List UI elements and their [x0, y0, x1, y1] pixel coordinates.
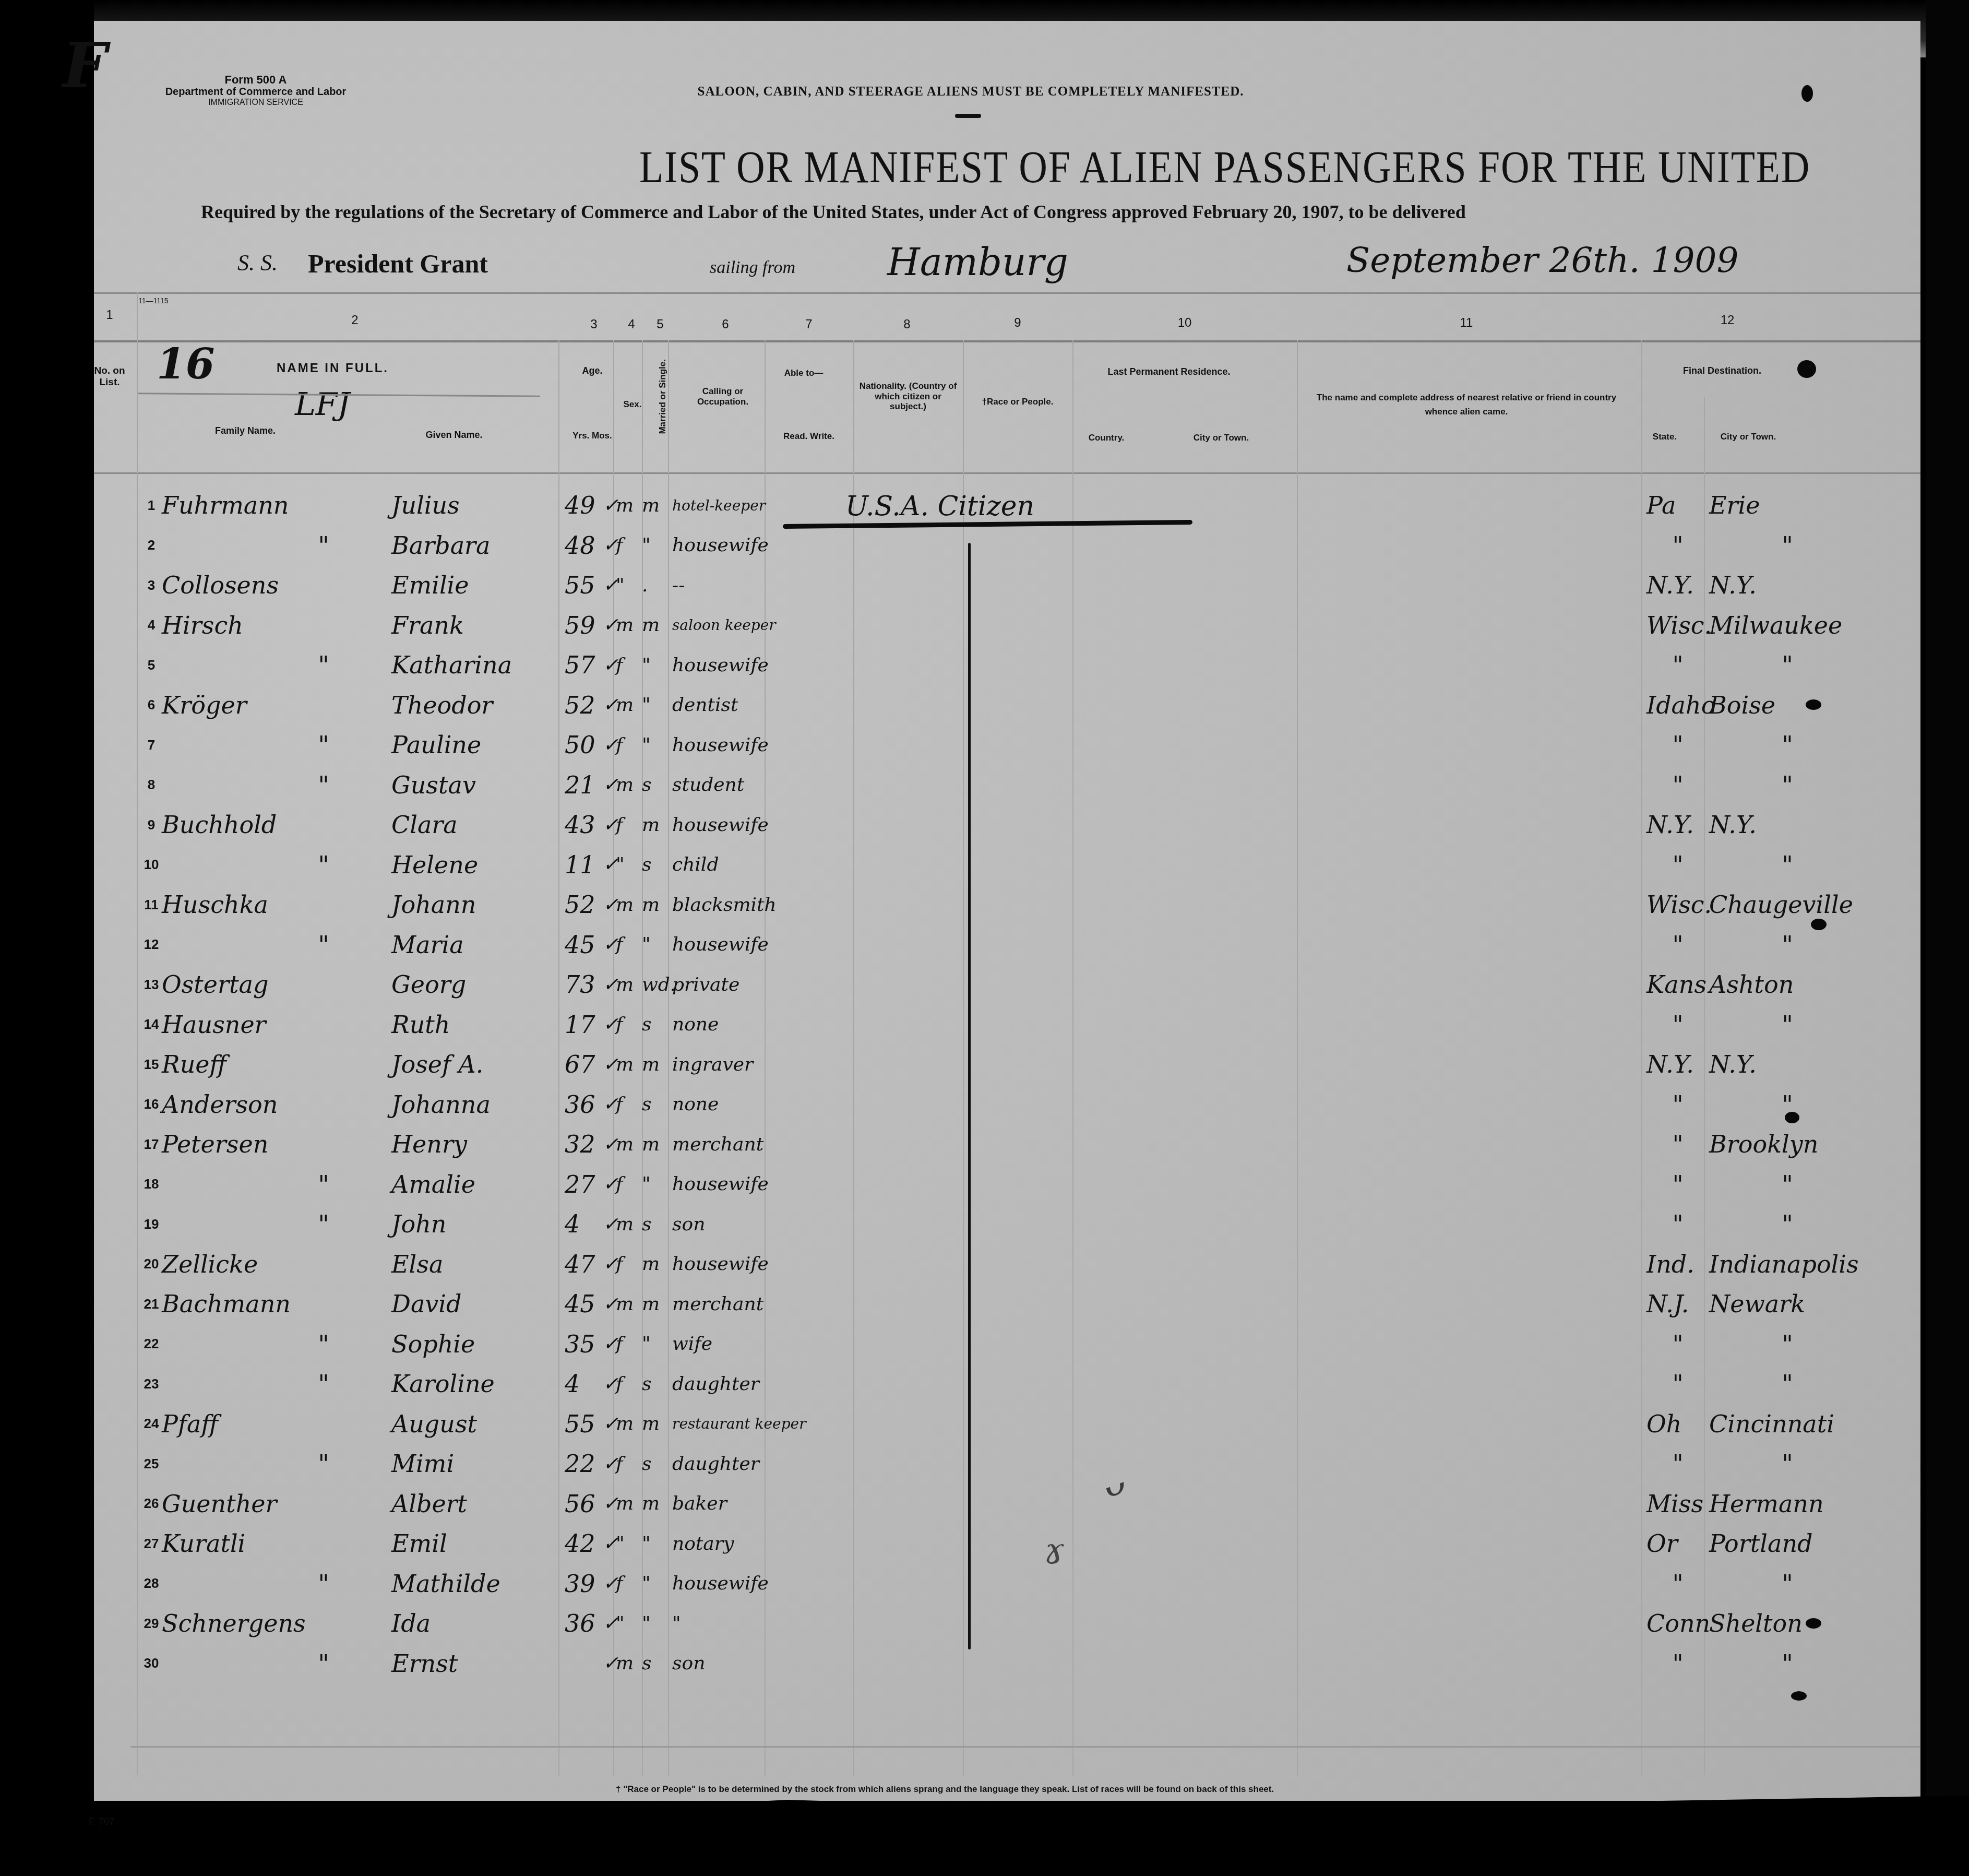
given-name: Josef A.: [391, 1044, 558, 1084]
col-num-12: 12: [1717, 313, 1738, 328]
heading-race: †Race or People.: [973, 397, 1062, 407]
given-name: Emilie: [391, 565, 558, 605]
page-title: LIST OR MANIFEST OF ALIEN PASSENGERS FOR…: [639, 141, 1654, 193]
check-mark-icon: ✓: [603, 565, 618, 605]
manifest-notice: SALOON, CABIN, AND STEERAGE ALIENS MUST …: [553, 85, 1388, 99]
destination-state: Miss: [1646, 1484, 1709, 1524]
check-mark-icon: ✓: [603, 645, 618, 685]
destination-state: ": [1646, 1564, 1709, 1604]
destination-state: ": [1646, 1124, 1709, 1164]
heading-name-in-full: NAME IN FULL.: [277, 361, 389, 376]
header-rule-bottom: [94, 472, 1920, 474]
marital-status: .: [642, 565, 673, 605]
destination-state: Idaho: [1646, 685, 1709, 725]
header-rule-top: [94, 292, 1920, 294]
check-mark-icon: ✓: [603, 1005, 618, 1044]
marital-status: s: [642, 765, 673, 805]
form-number: Form 500 A: [157, 73, 355, 86]
destination-city: Indianapolis: [1709, 1244, 1866, 1284]
marital-status: s: [642, 1364, 673, 1404]
marital-status: s: [642, 1444, 673, 1483]
table-row: 15RueffJosef A.67mmingraverN.Y.N.Y.✓: [94, 1044, 1920, 1084]
occupation: dentist: [672, 685, 792, 725]
sex: f: [616, 1085, 642, 1124]
marital-status: m: [642, 805, 673, 845]
given-name: Elsa: [391, 1244, 558, 1284]
check-mark-icon: ✓: [603, 605, 618, 645]
destination-state: Ind.: [1646, 1244, 1709, 1284]
check-mark-icon: ✓: [603, 1644, 618, 1683]
ship-name: President Grant: [308, 248, 488, 279]
destination-city: Portland: [1709, 1524, 1866, 1563]
destination-city: ": [1709, 1324, 1866, 1364]
destination-city: ": [1709, 1564, 1866, 1604]
given-name: Pauline: [391, 725, 558, 765]
marital-status: ": [642, 1604, 673, 1643]
heading-given-name: Given Name.: [412, 430, 496, 441]
sex: m: [616, 1404, 642, 1444]
print-code: 11—1115: [138, 296, 169, 305]
age: 32: [565, 1124, 606, 1164]
destination-state: N.Y.: [1646, 805, 1709, 845]
check-mark-icon: ✓: [603, 1204, 618, 1244]
age: 47: [565, 1244, 606, 1284]
destination-state: ": [1646, 526, 1709, 565]
check-mark-icon: ✓: [603, 765, 618, 805]
footer-code: F. 707: [89, 1816, 114, 1827]
occupation: housewife: [672, 725, 792, 765]
table-row: 29SchnergensIda36"""ConnShelton✓: [94, 1604, 1920, 1643]
given-name: Theodor: [391, 685, 558, 725]
sex: f: [616, 1444, 642, 1483]
occupation: son: [672, 1644, 792, 1683]
occupation: hotel-keeper: [672, 485, 792, 525]
occupation: housewife: [672, 925, 792, 965]
sex: f: [616, 1564, 642, 1604]
destination-city: ": [1709, 1005, 1866, 1044]
ink-blot: [1797, 360, 1816, 378]
sex: f: [616, 1324, 642, 1364]
marital-status: m: [642, 1244, 673, 1284]
destination-city: Milwaukee: [1709, 605, 1866, 645]
table-row: 7"Pauline50f"housewife""✓: [94, 725, 1920, 765]
heading-no-on-list: No. on List.: [94, 365, 125, 388]
age: 21: [565, 765, 606, 805]
sex: m: [616, 685, 642, 725]
destination-city: ": [1709, 845, 1866, 885]
given-name: Julius: [391, 485, 558, 525]
age: 42: [565, 1524, 606, 1563]
marital-status: ": [642, 1165, 673, 1204]
sex: f: [616, 1364, 642, 1404]
destination-state: Oh: [1646, 1404, 1709, 1444]
marital-status: ": [642, 526, 673, 565]
marital-status: m: [642, 1404, 673, 1444]
check-mark-icon: ✓: [603, 1444, 618, 1483]
check-mark-icon: ✓: [603, 965, 618, 1004]
occupation: student: [672, 765, 792, 805]
col-num-9: 9: [1007, 316, 1028, 330]
destination-state: ": [1646, 1085, 1709, 1124]
occupation: wife: [672, 1324, 792, 1364]
destination-state: Wisc.: [1646, 605, 1709, 645]
age: 27: [565, 1165, 606, 1204]
age: 35: [565, 1324, 606, 1364]
marital-status: m: [642, 605, 673, 645]
destination-state: ": [1646, 765, 1709, 805]
destination-city: ": [1709, 925, 1866, 965]
age: 59: [565, 605, 606, 645]
destination-state: ": [1646, 1324, 1709, 1364]
given-name: Katharina: [391, 645, 558, 685]
subtitle: Required by the regulations of the Secre…: [201, 201, 1782, 223]
destination-state: N.Y.: [1646, 565, 1709, 605]
marital-status: m: [642, 1484, 673, 1524]
occupation: saloon keeper: [672, 605, 792, 645]
ink-blot: [1806, 699, 1821, 710]
occupation: housewife: [672, 526, 792, 565]
sex: ": [616, 1524, 642, 1563]
heading-state: State.: [1644, 432, 1686, 442]
footer-rule: [130, 1746, 1920, 1748]
age: 56: [565, 1484, 606, 1524]
table-row: 24PfaffAugust55mmrestaurant keeperOhCinc…: [94, 1404, 1920, 1444]
check-mark-icon: ✓: [603, 1165, 618, 1204]
form-block: Form 500 A Department of Commerce and La…: [157, 73, 355, 108]
given-name: Clara: [391, 805, 558, 845]
immigration-service: IMMIGRATION SERVICE: [157, 98, 355, 108]
sex: f: [616, 1005, 642, 1044]
check-mark-icon: ✓: [603, 1244, 618, 1284]
sex: m: [616, 605, 642, 645]
marital-status: s: [642, 1005, 673, 1044]
age: 11: [565, 845, 606, 885]
check-mark-icon: ✓: [603, 1604, 618, 1643]
destination-city: Ashton: [1709, 965, 1866, 1004]
table-row: 30"Ernstmsson""✓: [94, 1644, 1920, 1683]
given-name: Ernst: [391, 1644, 558, 1683]
occupation: --: [672, 565, 792, 605]
marital-status: ": [642, 1564, 673, 1604]
occupation: housewife: [672, 1244, 792, 1284]
check-mark-icon: ✓: [603, 925, 618, 965]
check-mark-icon: ✓: [603, 1364, 618, 1404]
corner-mark: F: [63, 29, 107, 102]
sex: f: [616, 925, 642, 965]
marital-status: wd.: [642, 965, 673, 1004]
given-name: Johann: [391, 885, 558, 924]
sex: m: [616, 1044, 642, 1084]
sex: ": [616, 845, 642, 885]
age: 4: [565, 1204, 606, 1244]
sex: ": [616, 565, 642, 605]
footnote: † "Race or People" is to be determined b…: [616, 1784, 1649, 1795]
heading-last-residence: Last Permanent Residence.: [1080, 366, 1258, 377]
table-row: 13OstertagGeorg73mwd.privateKansAshton✓: [94, 965, 1920, 1004]
occupation: child: [672, 845, 792, 885]
col-num-2: 2: [344, 313, 365, 328]
destination-city: ": [1709, 1444, 1866, 1483]
age: 55: [565, 565, 606, 605]
sheet-annotation: LFJ: [295, 386, 350, 423]
destination-city: ": [1709, 765, 1866, 805]
occupation: ": [672, 1604, 792, 1643]
destination-city: N.Y.: [1709, 1044, 1866, 1084]
ink-blot: [1801, 85, 1813, 102]
table-row: 21BachmannDavid45mmmerchantN.J.Newark✓: [94, 1284, 1920, 1324]
destination-state: ": [1646, 1644, 1709, 1683]
sex: m: [616, 1124, 642, 1164]
sex: f: [616, 725, 642, 765]
table-row: 17PetersenHenry32mmmerchant"Brooklyn✓: [94, 1124, 1920, 1164]
col-num-6: 6: [715, 317, 736, 332]
scan-right-edge: [1926, 0, 1969, 1876]
marital-status: m: [642, 1284, 673, 1324]
given-name: Ruth: [391, 1005, 558, 1044]
destination-city: ": [1709, 1204, 1866, 1244]
destination-city: N.Y.: [1709, 805, 1866, 845]
check-mark-icon: ✓: [603, 1564, 618, 1604]
given-name: August: [391, 1404, 558, 1444]
sex: m: [616, 485, 642, 525]
sex: m: [616, 1644, 642, 1683]
occupation: notary: [672, 1524, 792, 1563]
occupation: housewife: [672, 1564, 792, 1604]
marital-status: ": [642, 645, 673, 685]
table-row: 22"Sophie35f"wife""✓: [94, 1324, 1920, 1364]
destination-state: Kans: [1646, 965, 1709, 1004]
check-mark-icon: ✓: [603, 1484, 618, 1524]
check-mark-icon: ✓: [603, 725, 618, 765]
age: 45: [565, 1284, 606, 1324]
table-row: 9BuchholdClara43fmhousewifeN.Y.N.Y.✓: [94, 805, 1920, 845]
table-row: 2"Barbara48f"housewife""✓: [94, 526, 1920, 565]
ink-blot: [1785, 1112, 1799, 1123]
table-row: 8"Gustav21msstudent""✓: [94, 765, 1920, 805]
check-mark-icon: ✓: [603, 1324, 618, 1364]
sex: m: [616, 965, 642, 1004]
col-num-8: 8: [897, 317, 917, 332]
marital-status: m: [642, 885, 673, 924]
age: 22: [565, 1444, 606, 1483]
sex: m: [616, 1484, 642, 1524]
occupation: daughter: [672, 1364, 792, 1404]
check-mark-icon: ✓: [603, 805, 618, 845]
destination-city: ": [1709, 1364, 1866, 1404]
sailing-from-port: Hamburg: [887, 240, 1068, 284]
scan-bottom-shadow: [0, 1796, 1969, 1876]
destination-city: Brooklyn: [1709, 1124, 1866, 1164]
destination-state: ": [1646, 1364, 1709, 1404]
destination-city: ": [1709, 725, 1866, 765]
destination-city: Newark: [1709, 1284, 1866, 1324]
heading-married-or-single: Married or Single.: [658, 350, 668, 444]
occupation: housewife: [672, 805, 792, 845]
sex: f: [616, 1165, 642, 1204]
occupation: private: [672, 965, 792, 1004]
age: 43: [565, 805, 606, 845]
table-row: 19"John4msson""✓: [94, 1204, 1920, 1244]
destination-state: ": [1646, 925, 1709, 965]
sailing-from-label: sailing from: [710, 258, 795, 278]
table-row: 27KuratliEmil42""notaryOrPortland✓: [94, 1524, 1920, 1563]
heading-yrs-mos: Yrs. Mos.: [564, 431, 621, 441]
occupation: blacksmith: [672, 885, 792, 924]
given-name: Frank: [391, 605, 558, 645]
heading-dest-city: City or Town.: [1707, 432, 1790, 442]
col-num-5: 5: [650, 317, 671, 332]
destination-state: N.Y.: [1646, 1044, 1709, 1084]
destination-state: ": [1646, 1444, 1709, 1483]
marital-status: s: [642, 845, 673, 885]
check-mark-icon: ✓: [603, 845, 618, 885]
sex: f: [616, 1244, 642, 1284]
table-row: 12"Maria45f"housewife""✓: [94, 925, 1920, 965]
notice-dash: [955, 114, 981, 118]
check-mark-icon: ✓: [603, 1284, 618, 1324]
table-row: 10"Helene11"schild""✓: [94, 845, 1920, 885]
heading-city-or-town: City or Town.: [1185, 433, 1258, 443]
table-row: 3CollosensEmilie55".--N.Y.N.Y.✓: [94, 565, 1920, 605]
marital-status: m: [642, 485, 673, 525]
marital-status: m: [642, 1124, 673, 1164]
given-name: Mathilde: [391, 1564, 558, 1604]
age: 17: [565, 1005, 606, 1044]
table-row: 18"Amalie27f"housewife""✓: [94, 1165, 1920, 1204]
col-num-10: 10: [1174, 316, 1195, 330]
sex: ": [616, 1604, 642, 1643]
heading-calling: Calling or Occupation.: [694, 386, 751, 407]
occupation: merchant: [672, 1284, 792, 1324]
check-mark-icon: ✓: [603, 526, 618, 565]
destination-city: N.Y.: [1709, 565, 1866, 605]
age: 50: [565, 725, 606, 765]
occupation: none: [672, 1005, 792, 1044]
table-row: 23"Karoline4fsdaughter""✓: [94, 1364, 1920, 1404]
sheet-number: 16: [157, 339, 214, 388]
ink-blot: [1811, 919, 1827, 930]
sex: f: [616, 645, 642, 685]
occupation: housewife: [672, 1165, 792, 1204]
check-mark-icon: ✓: [603, 1124, 618, 1164]
check-mark-icon: ✓: [603, 1044, 618, 1084]
check-mark-icon: ✓: [603, 1404, 618, 1444]
heading-final-destination: Final Destination.: [1662, 365, 1782, 376]
given-name: Johanna: [391, 1085, 558, 1124]
marital-status: s: [642, 1644, 673, 1683]
occupation: ingraver: [672, 1044, 792, 1084]
sailing-date: September 26th. 1909: [1346, 240, 1738, 280]
marital-status: ": [642, 725, 673, 765]
occupation: baker: [672, 1484, 792, 1524]
sex: f: [616, 526, 642, 565]
destination-city: Shelton: [1709, 1604, 1866, 1643]
age: 57: [565, 645, 606, 685]
destination-state: Conn: [1646, 1604, 1709, 1643]
destination-state: Wisc.: [1646, 885, 1709, 924]
occupation: son: [672, 1204, 792, 1244]
destination-state: ": [1646, 1165, 1709, 1204]
age: 73: [565, 965, 606, 1004]
destination-city: ": [1709, 1644, 1866, 1683]
table-row: 5"Katharina57f"housewife""✓: [94, 645, 1920, 685]
given-name: Sophie: [391, 1324, 558, 1364]
sex: m: [616, 1284, 642, 1324]
col-num-7: 7: [798, 317, 819, 332]
given-name: Henry: [391, 1124, 558, 1164]
ship-prefix: S. S.: [237, 250, 278, 276]
marital-status: ": [642, 1524, 673, 1563]
destination-state: Pa: [1646, 485, 1709, 525]
sex: f: [616, 805, 642, 845]
department: Department of Commerce and Labor: [157, 86, 355, 98]
age: 48: [565, 526, 606, 565]
heading-read-write: Read. Write.: [780, 431, 838, 442]
marital-status: ": [642, 685, 673, 725]
destination-state: ": [1646, 1204, 1709, 1244]
destination-state: Or: [1646, 1524, 1709, 1563]
destination-state: ": [1646, 645, 1709, 685]
given-name: Mimi: [391, 1444, 558, 1483]
age: 67: [565, 1044, 606, 1084]
given-name: Albert: [391, 1484, 558, 1524]
table-row: 14HausnerRuth17fsnone""✓: [94, 1005, 1920, 1044]
given-name: Emil: [391, 1524, 558, 1563]
heading-relative: The name and complete address of nearest…: [1310, 390, 1623, 419]
occupation: none: [672, 1085, 792, 1124]
table-row: 4HirschFrank59mmsaloon keeperWisc.Milwau…: [94, 605, 1920, 645]
check-mark-icon: ✓: [603, 1524, 618, 1563]
age: [565, 1644, 606, 1683]
table-row: 20ZellickeElsa47fmhousewifeInd.Indianapo…: [94, 1244, 1920, 1284]
age: 36: [565, 1085, 606, 1124]
occupation: merchant: [672, 1124, 792, 1164]
col-num-11: 11: [1456, 316, 1477, 330]
check-mark-icon: ✓: [603, 885, 618, 924]
destination-state: ": [1646, 725, 1709, 765]
occupation: housewife: [672, 645, 792, 685]
destination-city: Boise: [1709, 685, 1866, 725]
destination-city: Erie: [1709, 485, 1866, 525]
col-num-4: 4: [621, 317, 642, 332]
occupation: daughter: [672, 1444, 792, 1483]
age: 52: [565, 885, 606, 924]
heading-sex: Sex.: [617, 399, 648, 410]
given-name: John: [391, 1204, 558, 1244]
age: 49: [565, 485, 606, 525]
destination-city: Hermann: [1709, 1484, 1866, 1524]
marital-status: ": [642, 925, 673, 965]
age: 36: [565, 1604, 606, 1643]
header-rule-mid: [94, 340, 1920, 342]
age: 45: [565, 925, 606, 965]
ink-blot: [1806, 1618, 1821, 1629]
table-row: 6KrögerTheodor52m"dentistIdahoBoise✓: [94, 685, 1920, 725]
destination-state: ": [1646, 845, 1709, 885]
given-name: Karoline: [391, 1364, 558, 1404]
age: 39: [565, 1564, 606, 1604]
given-name: Amalie: [391, 1165, 558, 1204]
destination-city: Chaugeville: [1709, 885, 1866, 924]
table-row: 16AndersonJohanna36fsnone""✓: [94, 1085, 1920, 1124]
check-mark-icon: ✓: [603, 685, 618, 725]
given-name: Maria: [391, 925, 558, 965]
ink-blot: [1791, 1691, 1807, 1701]
destination-city: ": [1709, 1165, 1866, 1204]
age: 4: [565, 1364, 606, 1404]
destination-city: ": [1709, 526, 1866, 565]
table-row: 26GuentherAlbert56mmbakerMissHermann✓: [94, 1484, 1920, 1524]
